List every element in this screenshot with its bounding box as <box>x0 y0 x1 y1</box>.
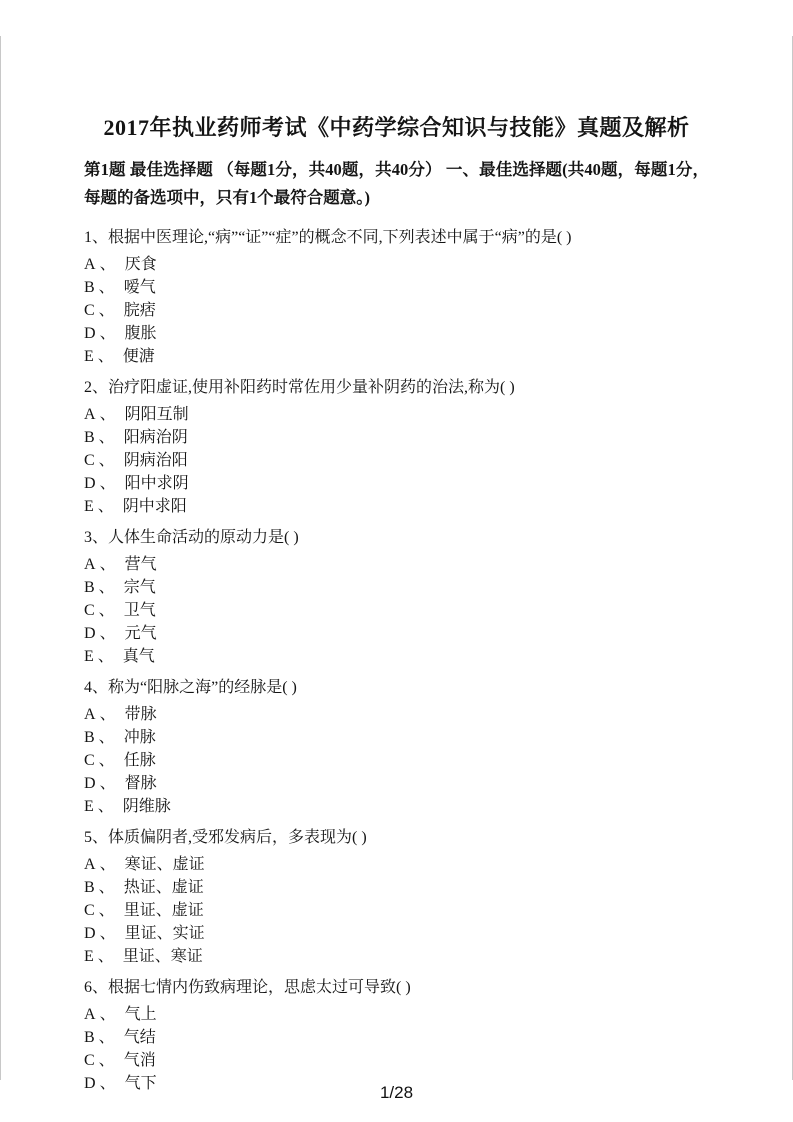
option-label: E <box>84 945 94 968</box>
option-label: C <box>84 899 95 922</box>
option-separator: 、 <box>99 426 115 449</box>
option-text: 腹胀 <box>125 325 157 342</box>
question-text: 4、称为“阳脉之海”的经脉是( ) <box>84 676 709 700</box>
option-text: 气消 <box>124 1052 156 1069</box>
option-row: A、寒证、虚证 <box>84 853 709 876</box>
option-text: 阳中求阴 <box>125 475 189 492</box>
page-edge-left <box>0 36 1 1080</box>
option-separator: 、 <box>99 576 115 599</box>
option-label: D <box>84 772 96 795</box>
option-label: A <box>84 1003 96 1026</box>
option-label: E <box>84 795 94 818</box>
page-content: 2017年执业药师考试《中药学综合知识与技能》真题及解析 第1题 最佳选择题 （… <box>0 0 793 1095</box>
question-list: 1、根据中医理论,“病”“证”“症”的概念不同,下列表述中属于“病”的是( ) … <box>84 226 709 1095</box>
option-label: B <box>84 276 95 299</box>
option-label: B <box>84 876 95 899</box>
option-text: 真气 <box>123 648 155 665</box>
option-row: A、阴阳互制 <box>84 403 709 426</box>
option-text: 阴维脉 <box>123 798 171 815</box>
option-label: B <box>84 1026 95 1049</box>
option-text: 阴阳互制 <box>125 406 189 423</box>
option-row: E、便溏 <box>84 345 709 368</box>
option-row: B、冲脉 <box>84 726 709 749</box>
question-text: 1、根据中医理论,“病”“证”“症”的概念不同,下列表述中属于“病”的是( ) <box>84 226 709 250</box>
option-row: B、宗气 <box>84 576 709 599</box>
question-text: 3、人体生命活动的原动力是( ) <box>84 526 709 550</box>
option-separator: 、 <box>98 345 114 368</box>
exam-intro: 第1题 最佳选择题 （每题1分，共40题，共40分） 一、最佳选择题(共40题，… <box>84 156 709 212</box>
option-text: 气结 <box>124 1029 156 1046</box>
option-separator: 、 <box>100 322 116 345</box>
option-text: 阴病治阳 <box>124 452 188 469</box>
option-row: D、里证、实证 <box>84 922 709 945</box>
option-separator: 、 <box>98 795 114 818</box>
option-separator: 、 <box>99 299 115 322</box>
option-label: D <box>84 622 96 645</box>
option-row: E、里证、寒证 <box>84 945 709 968</box>
option-row: C、气消 <box>84 1049 709 1072</box>
option-separator: 、 <box>99 449 115 472</box>
option-label: B <box>84 726 95 749</box>
option-text: 阴中求阳 <box>123 498 187 515</box>
option-row: A、带脉 <box>84 703 709 726</box>
option-separator: 、 <box>100 553 116 576</box>
option-label: A <box>84 253 96 276</box>
option-text: 元气 <box>125 625 157 642</box>
option-text: 里证、实证 <box>125 925 205 942</box>
option-text: 寒证、虚证 <box>125 856 205 873</box>
question-block: 5、体质偏阴者,受邪发病后，多表现为( ) A、寒证、虚证 B、热证、虚证 C、… <box>84 826 709 968</box>
option-label: A <box>84 403 96 426</box>
option-text: 卫气 <box>124 602 156 619</box>
option-label: E <box>84 645 94 668</box>
option-separator: 、 <box>98 945 114 968</box>
option-text: 冲脉 <box>124 729 156 746</box>
option-separator: 、 <box>99 599 115 622</box>
option-text: 宗气 <box>124 579 156 596</box>
option-text: 热证、虚证 <box>124 879 204 896</box>
option-row: D、阳中求阴 <box>84 472 709 495</box>
option-label: A <box>84 703 96 726</box>
option-row: C、任脉 <box>84 749 709 772</box>
option-label: C <box>84 1049 95 1072</box>
option-label: D <box>84 472 96 495</box>
option-label: C <box>84 749 95 772</box>
option-separator: 、 <box>99 276 115 299</box>
option-separator: 、 <box>99 1026 115 1049</box>
option-row: B、热证、虚证 <box>84 876 709 899</box>
option-separator: 、 <box>100 853 116 876</box>
option-row: B、嗳气 <box>84 276 709 299</box>
option-row: E、真气 <box>84 645 709 668</box>
option-row: C、里证、虚证 <box>84 899 709 922</box>
option-text: 脘痞 <box>124 302 156 319</box>
option-text: 任脉 <box>124 752 156 769</box>
option-row: E、阴中求阳 <box>84 495 709 518</box>
option-row: C、脘痞 <box>84 299 709 322</box>
option-separator: 、 <box>100 703 116 726</box>
option-label: B <box>84 426 95 449</box>
question-text: 2、治疗阳虚证,使用补阳药时常佐用少量补阴药的治法,称为( ) <box>84 376 709 400</box>
option-row: A、气上 <box>84 1003 709 1026</box>
option-row: B、阳病治阴 <box>84 426 709 449</box>
option-separator: 、 <box>100 772 116 795</box>
page-number: 1/28 <box>0 1083 793 1103</box>
option-text: 带脉 <box>125 706 157 723</box>
option-row: A、厌食 <box>84 253 709 276</box>
option-separator: 、 <box>100 1003 116 1026</box>
option-row: C、阴病治阳 <box>84 449 709 472</box>
option-label: C <box>84 449 95 472</box>
option-text: 阳病治阴 <box>124 429 188 446</box>
option-text: 里证、虚证 <box>124 902 204 919</box>
option-separator: 、 <box>100 253 116 276</box>
option-row: D、元气 <box>84 622 709 645</box>
option-row: D、督脉 <box>84 772 709 795</box>
option-text: 营气 <box>125 556 157 573</box>
question-block: 4、称为“阳脉之海”的经脉是( ) A、带脉 B、冲脉 C、任脉 D、督脉 E、… <box>84 676 709 818</box>
option-label: A <box>84 553 96 576</box>
option-text: 督脉 <box>125 775 157 792</box>
option-row: D、腹胀 <box>84 322 709 345</box>
page-title: 2017年执业药师考试《中药学综合知识与技能》真题及解析 <box>84 112 709 144</box>
option-label: B <box>84 576 95 599</box>
option-text: 便溏 <box>123 348 155 365</box>
option-label: A <box>84 853 96 876</box>
option-row: A、营气 <box>84 553 709 576</box>
option-label: C <box>84 299 95 322</box>
option-separator: 、 <box>100 472 116 495</box>
question-block: 2、治疗阳虚证,使用补阳药时常佐用少量补阴药的治法,称为( ) A、阴阳互制 B… <box>84 376 709 518</box>
question-block: 1、根据中医理论,“病”“证”“症”的概念不同,下列表述中属于“病”的是( ) … <box>84 226 709 368</box>
option-label: D <box>84 322 96 345</box>
question-block: 3、人体生命活动的原动力是( ) A、营气 B、宗气 C、卫气 D、元气 E、真… <box>84 526 709 668</box>
option-row: B、气结 <box>84 1026 709 1049</box>
option-separator: 、 <box>99 1049 115 1072</box>
option-separator: 、 <box>99 899 115 922</box>
option-separator: 、 <box>99 726 115 749</box>
document-page: 2017年执业药师考试《中药学综合知识与技能》真题及解析 第1题 最佳选择题 （… <box>0 0 793 1122</box>
option-row: C、卫气 <box>84 599 709 622</box>
question-text: 5、体质偏阴者,受邪发病后，多表现为( ) <box>84 826 709 850</box>
option-label: E <box>84 345 94 368</box>
question-text: 6、根据七情内伤致病理论，思虑太过可导致( ) <box>84 976 709 1000</box>
option-separator: 、 <box>99 749 115 772</box>
option-separator: 、 <box>98 645 114 668</box>
option-text: 气上 <box>125 1006 157 1023</box>
option-label: D <box>84 922 96 945</box>
option-label: C <box>84 599 95 622</box>
option-separator: 、 <box>100 403 116 426</box>
option-text: 里证、寒证 <box>123 948 203 965</box>
option-separator: 、 <box>99 876 115 899</box>
option-text: 厌食 <box>125 256 157 273</box>
question-block: 6、根据七情内伤致病理论，思虑太过可导致( ) A、气上 B、气结 C、气消 D… <box>84 976 709 1095</box>
option-label: E <box>84 495 94 518</box>
option-separator: 、 <box>100 922 116 945</box>
option-separator: 、 <box>100 622 116 645</box>
option-text: 嗳气 <box>124 279 156 296</box>
option-separator: 、 <box>98 495 114 518</box>
option-row: E、阴维脉 <box>84 795 709 818</box>
